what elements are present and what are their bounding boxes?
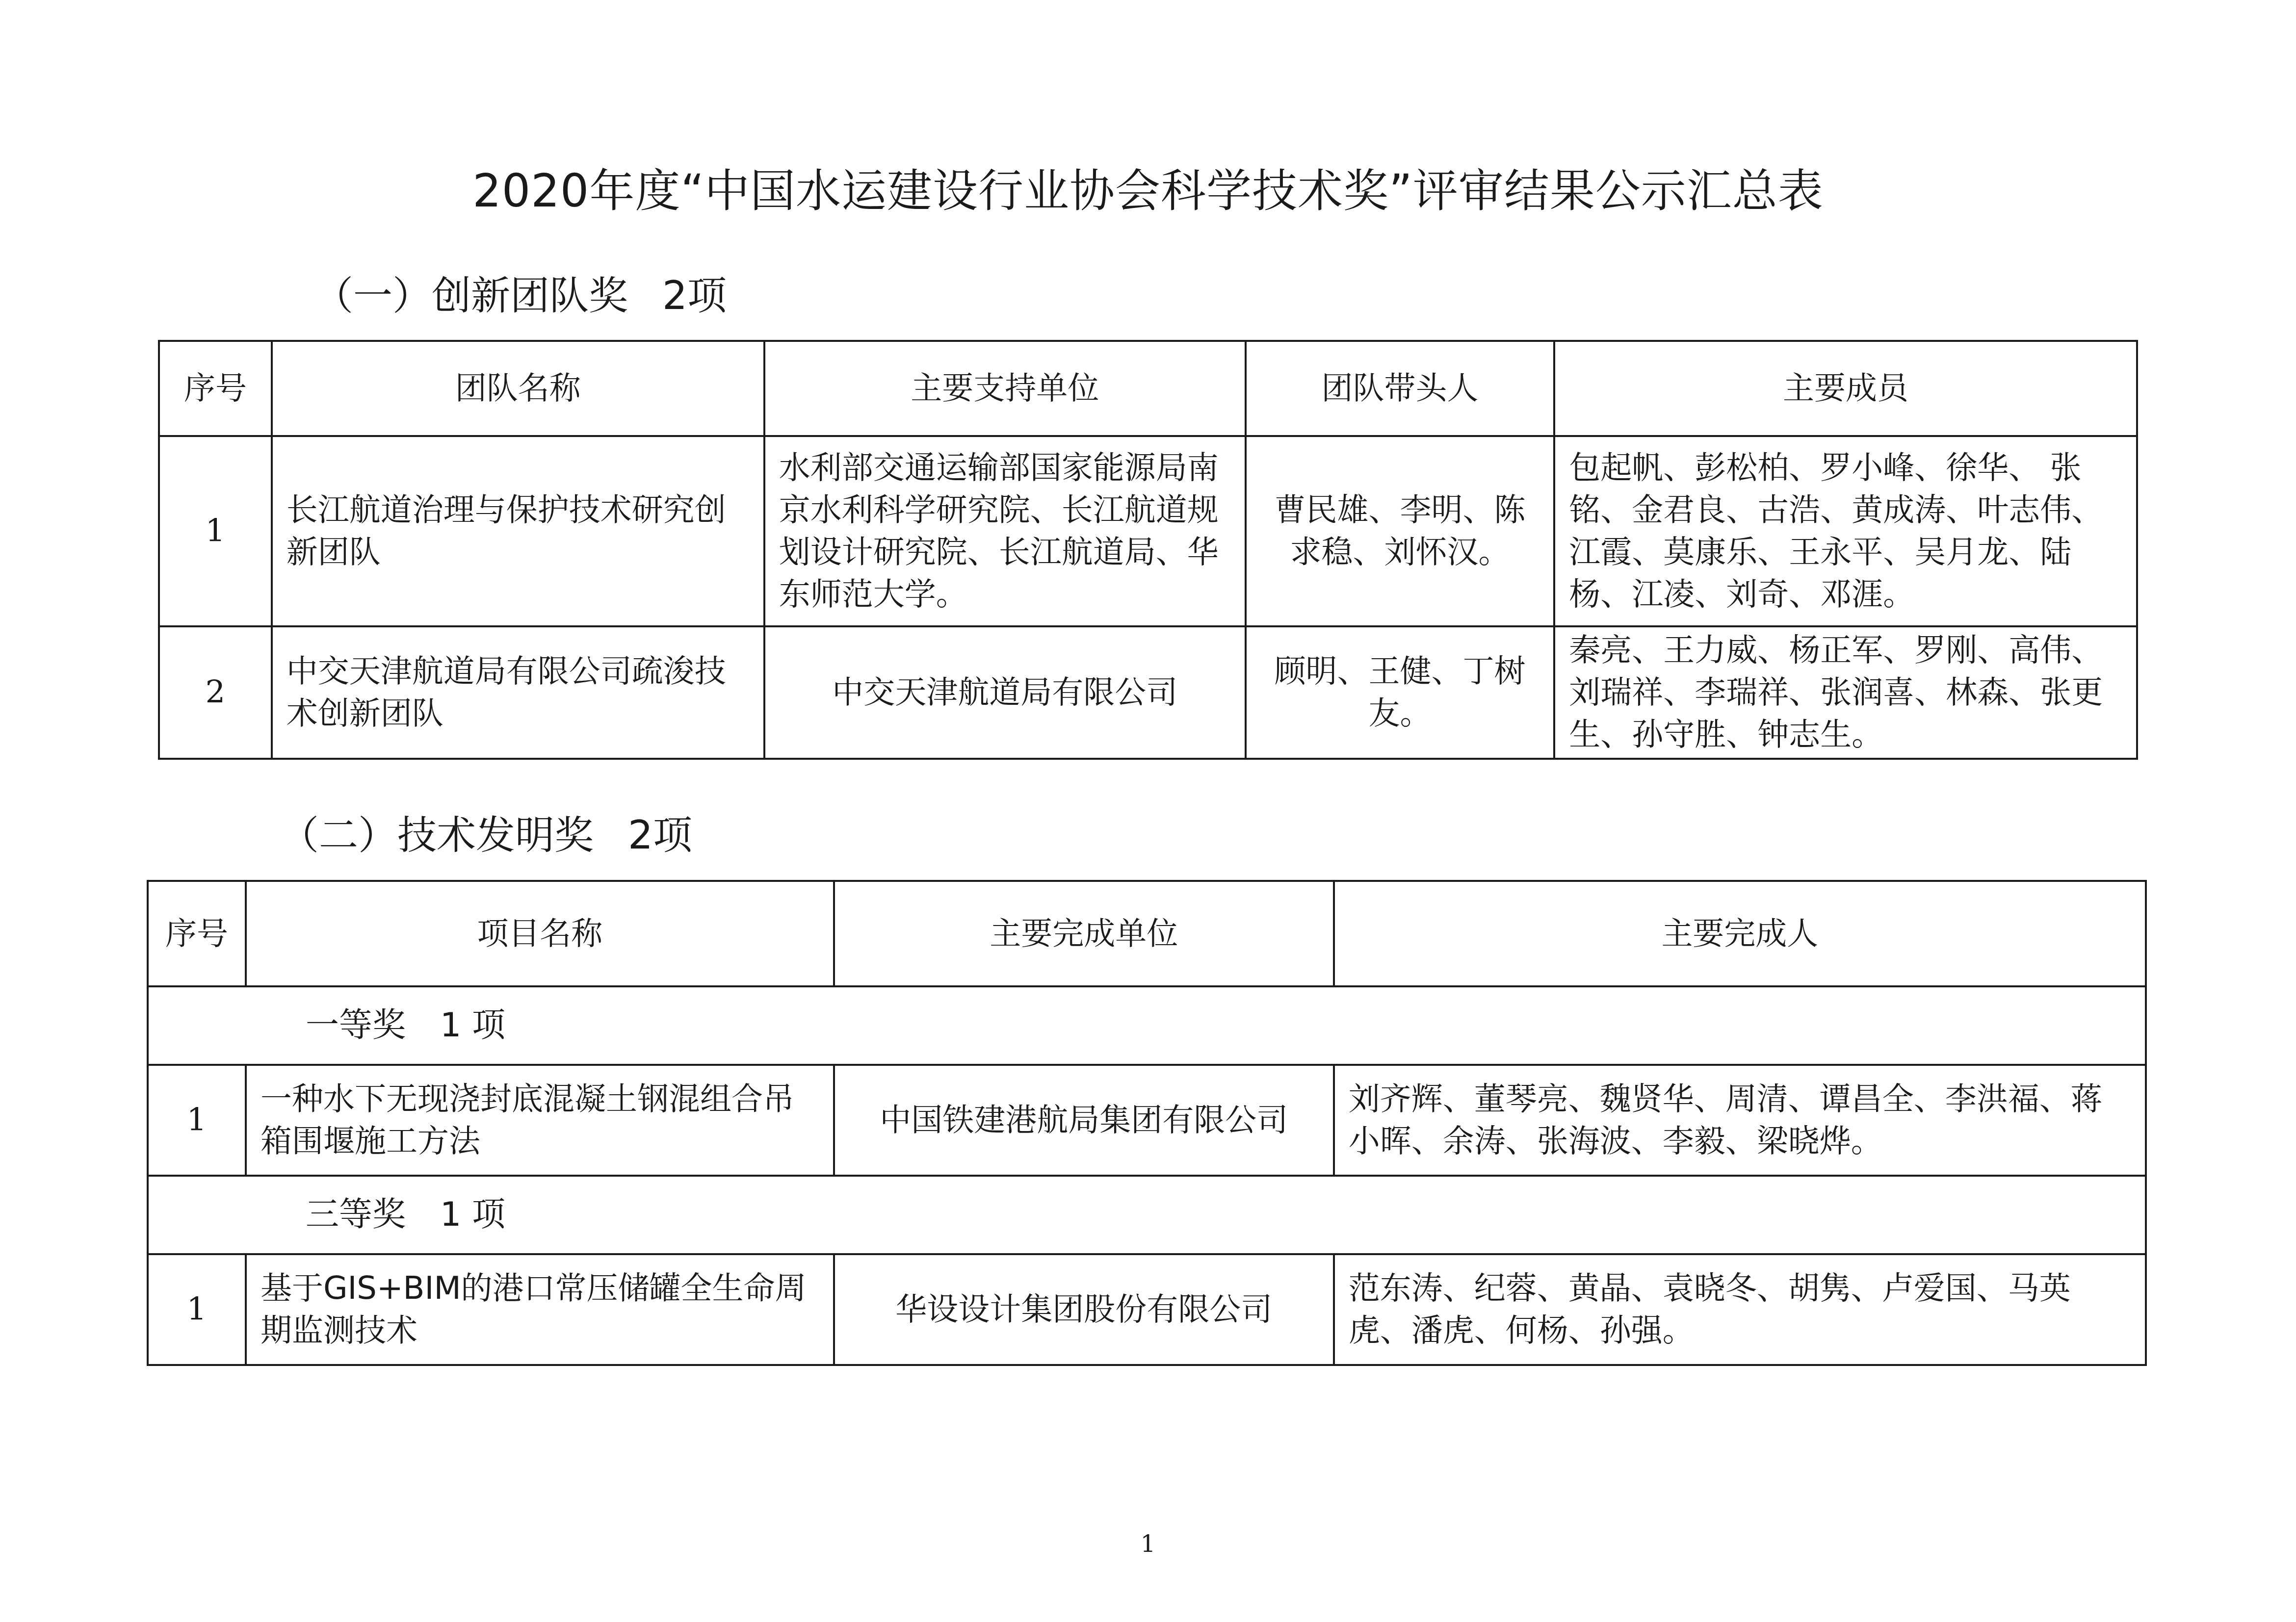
cell-leaders: 顾明、王健、丁树友。 [1246,626,1554,759]
section-heading-innovation-team: （一）创新团队奖2项 [314,269,727,323]
cell-no: 1 [148,1065,246,1176]
cell-no: 1 [148,1254,246,1365]
column-header-no: 序号 [159,341,272,436]
award-count: 1 项 [440,1006,505,1045]
table-row: 1 一种水下无现浇封底混凝土钢混组合吊箱围堰施工方法 中国铁建港航局集团有限公司… [148,1065,2146,1176]
award-group-row-third-prize: 三等奖1 项 [148,1176,2146,1254]
cell-members: 秦亮、王力威、杨正军、罗刚、高伟、刘瑞祥、李瑞祥、张润喜、林森、张更生、孙守胜、… [1554,626,2137,759]
section-heading-technical-invention: （二）技术发明奖2项 [280,808,692,862]
award-level: 一等奖 [306,1006,406,1045]
award-level: 三等奖 [306,1195,406,1234]
cell-leaders: 曹民雄、李明、陈求稳、刘怀汉。 [1246,436,1554,626]
cell-no: 1 [159,436,272,626]
cell-support-units: 中交天津航道局有限公司 [764,626,1246,759]
section-count: 2项 [628,812,692,858]
column-header-no: 序号 [148,881,246,986]
award-group-label: 一等奖1 项 [148,986,2146,1065]
cell-no: 2 [159,626,272,759]
section-count: 2项 [662,273,727,318]
column-header-leaders: 团队带头人 [1246,341,1554,436]
table-row: 1 基于GIS+BIM的港口常压储罐全生命周期监测技术 华设设计集团股份有限公司… [148,1254,2146,1365]
page-number: 1 [0,1530,2296,1558]
column-header-members: 主要成员 [1554,341,2137,436]
cell-team-name: 长江航道治理与保护技术研究创新团队 [272,436,764,626]
table-header-row: 序号 项目名称 主要完成单位 主要完成人 [148,881,2146,986]
section-heading-label: （二）技术发明奖 [280,812,594,858]
section-heading-label: （一）创新团队奖 [314,273,628,318]
document-title: 2020年度“中国水运建设行业协会科学技术奖”评审结果公示汇总表 [0,159,2296,223]
cell-members: 包起帆、彭松柏、罗小峰、徐华、 张铭、金君良、古浩、黄成涛、叶志伟、江霞、莫康乐… [1554,436,2137,626]
column-header-people: 主要完成人 [1334,881,2146,986]
cell-people: 刘齐辉、董琴亮、魏贤华、周清、谭昌全、李洪福、蒋小晖、余涛、张海波、李毅、梁晓烨… [1334,1065,2146,1176]
cell-unit: 华设设计集团股份有限公司 [834,1254,1334,1365]
column-header-support-units: 主要支持单位 [764,341,1246,436]
table-header-row: 序号 团队名称 主要支持单位 团队带头人 主要成员 [159,341,2137,436]
column-header-project-name: 项目名称 [246,881,834,986]
award-count: 1 项 [440,1195,505,1234]
cell-support-units: 水利部交通运输部国家能源局南京水利科学研究院、长江航道规划设计研究院、长江航道局… [764,436,1246,626]
technical-invention-table: 序号 项目名称 主要完成单位 主要完成人 一等奖1 项 1 一种水下无现浇封底混… [147,880,2147,1366]
column-header-team-name: 团队名称 [272,341,764,436]
table-row: 2 中交天津航道局有限公司疏浚技术创新团队 中交天津航道局有限公司 顾明、王健、… [159,626,2137,759]
innovation-team-table: 序号 团队名称 主要支持单位 团队带头人 主要成员 1 长江航道治理与保护技术研… [158,340,2138,760]
column-header-unit: 主要完成单位 [834,881,1334,986]
cell-unit: 中国铁建港航局集团有限公司 [834,1065,1334,1176]
cell-project-name: 一种水下无现浇封底混凝土钢混组合吊箱围堰施工方法 [246,1065,834,1176]
table-row: 1 长江航道治理与保护技术研究创新团队 水利部交通运输部国家能源局南京水利科学研… [159,436,2137,626]
cell-people: 范东涛、纪蓉、黄晶、袁晓冬、胡隽、卢爱国、马英虎、潘虎、何杨、孙强。 [1334,1254,2146,1365]
award-group-row-first-prize: 一等奖1 项 [148,986,2146,1065]
cell-project-name: 基于GIS+BIM的港口常压储罐全生命周期监测技术 [246,1254,834,1365]
cell-team-name: 中交天津航道局有限公司疏浚技术创新团队 [272,626,764,759]
award-group-label: 三等奖1 项 [148,1176,2146,1254]
